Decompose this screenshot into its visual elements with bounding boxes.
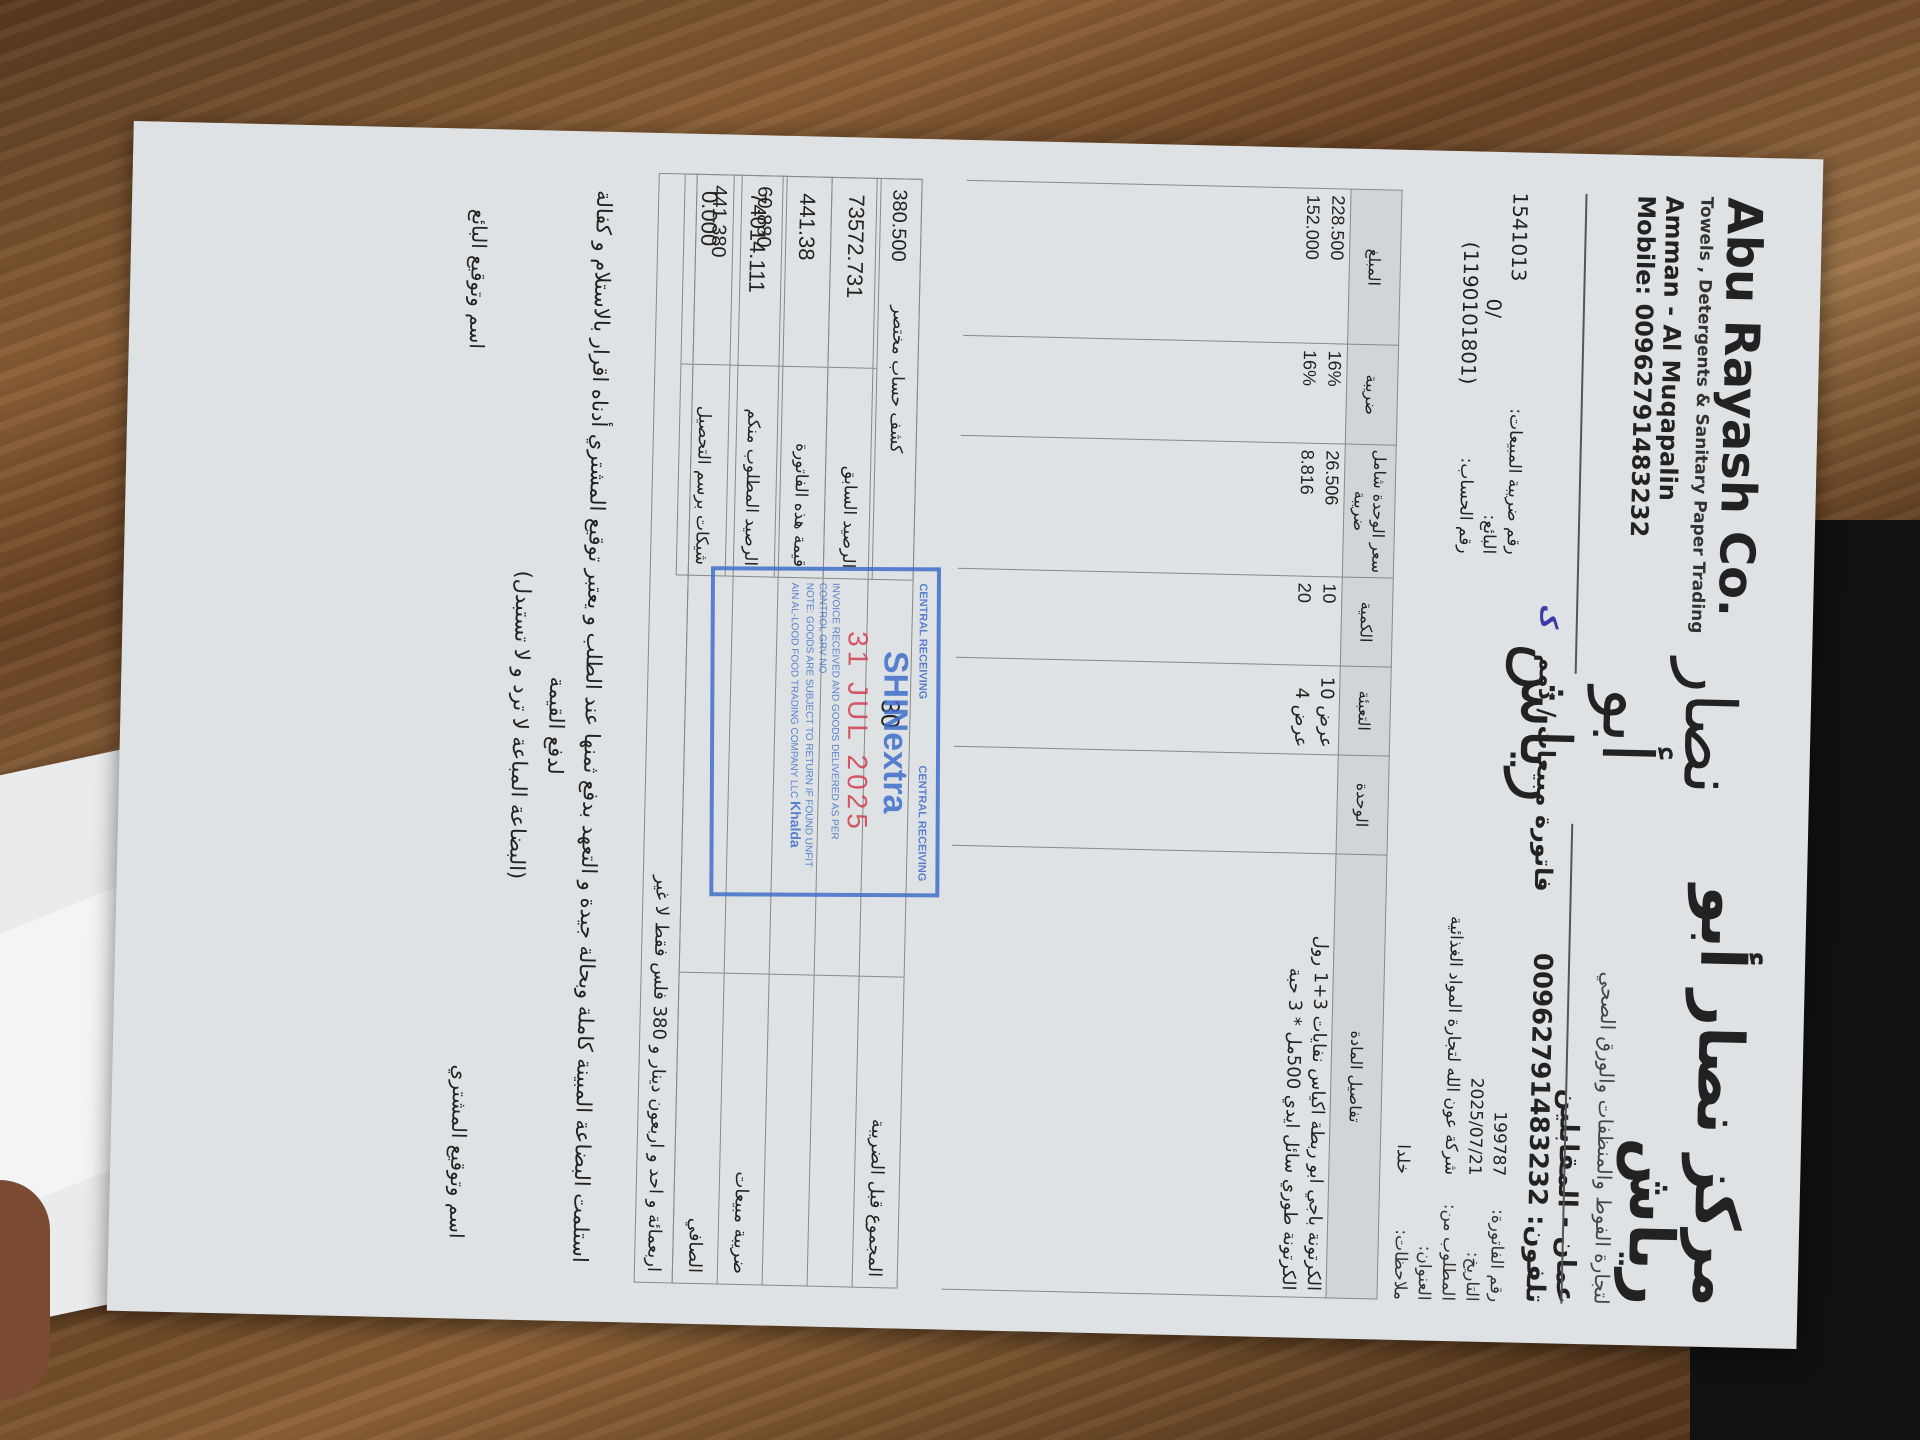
col-unit-price: سعر الوحدة شامل ضريبة (1342, 444, 1396, 578)
balance-due-value: 74014.111 (741, 176, 771, 366)
company-mobile: 00962791483232 (1625, 303, 1658, 537)
invoice-sheet: مركز نصار أبو رياش لتجارة الفوط والمنظفا… (107, 121, 1824, 1359)
col-description: تفاصيل المادة (1326, 854, 1387, 1299)
tax-no: 1541013 (1504, 192, 1533, 392)
item-qty: 10 (1315, 577, 1343, 666)
invoice-meta: رقم الفاتورة:199787 التاريخ:2025/07/21 ا… (1387, 915, 1516, 1303)
customer-address (1414, 1174, 1438, 1175)
hand-finger (0, 1180, 50, 1400)
item-tax: 16% (1320, 344, 1348, 444)
subtotal-label: المجموع قبل الضريبة (853, 976, 904, 1288)
cheques-value: 0.000 (692, 175, 722, 365)
address-label: العنوان: (1411, 1190, 1437, 1301)
balance-due-label: الرصيد المطلوب منكم (726, 365, 779, 577)
item-amount: 228.500 (1322, 189, 1351, 345)
notes-value: خلدا (1390, 1144, 1415, 1174)
item-qty: 20 (1290, 576, 1317, 665)
col-unit: الوحدة (1336, 755, 1389, 856)
stamp-brand: SHINextra (874, 583, 915, 881)
account-label: رقم الحساب: (1452, 457, 1478, 554)
seller-value: 0/ (1478, 298, 1507, 498)
notes-label: ملاحظات: (1387, 1190, 1413, 1301)
buyer-signature-label: اسم وتوقيع المشتري (445, 1064, 473, 1238)
item-unit (1311, 754, 1339, 854)
invoice-value-label: قيمة هذه الفاتورة (775, 366, 828, 578)
account-no: (1190101801) (1455, 241, 1484, 441)
receiving-stamp: CENTRAL RECEIVING CENTRAL RECEIVING SHIN… (709, 566, 941, 897)
account-summary: كشف حساب مختصر الرصيد السابق73572.731 قي… (676, 173, 923, 580)
invoice-no: 199787 (1486, 1111, 1511, 1176)
date-label: التاريخ: (1459, 1191, 1485, 1302)
invoice-page: مركز نصار أبو رياش لتجارة الفوط والمنظفا… (107, 121, 1824, 1349)
invoice-date: 2025/07/21 (1462, 1077, 1488, 1176)
stamp-date: 31 JUL 2025 (840, 583, 874, 881)
customer-label: المطلوب من: (1435, 1191, 1461, 1302)
table-empty-space (942, 180, 1301, 1296)
item-pack: عرض 10 (1313, 665, 1341, 754)
item-unit-price: 8.816 (1292, 443, 1320, 577)
document-title-text: فاتورة مبيعات / ذمم (1529, 654, 1562, 892)
item-unit (1286, 753, 1313, 853)
item-pack: عرض 4 (1288, 665, 1315, 754)
item-unit-price: 26.506 (1317, 444, 1346, 578)
col-amount: المبلغ (1348, 189, 1403, 345)
acknowledgement: استلمت البضاعة المبينة كاملة وبحالة جيدة… (490, 170, 623, 1282)
net-label: الصافي (673, 972, 724, 1284)
item-tax: 16% (1295, 343, 1322, 443)
previous-balance-value: 73572.731 (839, 178, 869, 368)
company-header-english: Abu Rayash Co. Towels , Detergents & San… (1622, 195, 1772, 658)
col-tax: ضريبة (1345, 344, 1398, 445)
seller-signature-label: اسم وتوقيع البائع (465, 209, 492, 350)
stamp-central-receiving: CENTRAL RECEIVING (915, 765, 928, 881)
tax-no-label: رقم ضريبة المبيعات: (1500, 408, 1527, 555)
col-pack: التعبئة (1338, 666, 1391, 756)
stamp-line: AIN AL-LOOD FOOD TRADING COMPANY LLC (788, 583, 800, 799)
cheques-label: شيكات برسم التحصيل (677, 363, 730, 575)
phone-label-en: Mobile: (1630, 195, 1660, 296)
seller-label: البائع: (1476, 514, 1501, 554)
tax-meta: رقم ضريبة المبيعات:1541013 البائع:0/ رقم… (1452, 191, 1532, 555)
sales-tax-label: ضريبة مبيعات (718, 973, 769, 1285)
stamp-location: Khalda (788, 801, 804, 848)
stamp-line: INVOICE RECEIVED AND GOODS DELIVERED AS … (827, 583, 842, 881)
company-name-ar: مركز نصار أبو رياش (1617, 845, 1758, 1308)
item-amount: 152.000 (1297, 188, 1326, 344)
col-qty: الكمية (1340, 577, 1393, 667)
handwritten-mark: ک (1534, 604, 1563, 646)
invoice-no-label: رقم الفاتورة: (1483, 1192, 1509, 1303)
company-name-en: Abu Rayash Co. (1706, 197, 1772, 658)
header-divider-left (1575, 194, 1588, 674)
items-table: تفاصيل المادة الوحدة التعبئة الكمية سعر … (942, 180, 1403, 1300)
previous-balance-label: الرصيد السابق (824, 367, 877, 579)
stamp-central-receiving: CENTRAL RECEIVING (916, 583, 929, 699)
invoice-value: 441.38 (790, 177, 820, 367)
